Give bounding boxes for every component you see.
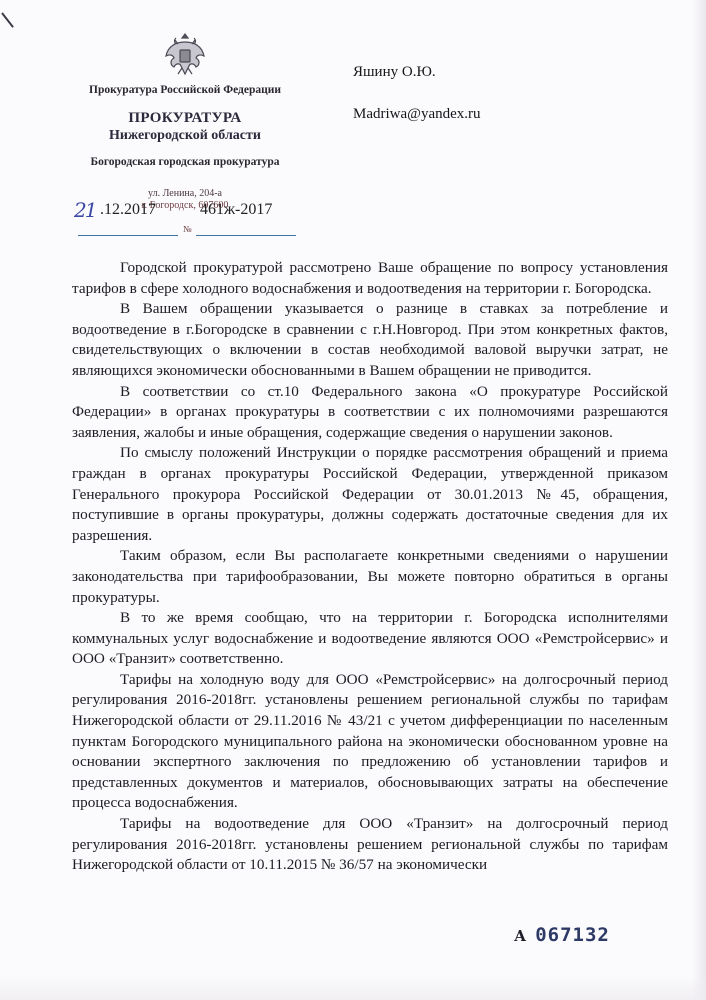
serial-digits: 067132 [535, 924, 610, 946]
paragraph: Таким образом, если Вы располагаете конк… [72, 546, 668, 608]
addressee-email: Madriwa@yandex.ru [353, 106, 481, 123]
page-bottom-shade [0, 976, 706, 1000]
date-underline [78, 235, 178, 236]
region-name: Нижегородской области [60, 128, 310, 144]
registration-number: 461ж-2017 [200, 201, 272, 219]
federation-line: Прокуратура Российской Федерации [60, 84, 310, 96]
department-name: Богородская городская прокуратура [60, 156, 310, 168]
paragraph: Тарифы на холодную воду для ООО «Ремстро… [72, 670, 668, 814]
number-sign: № [183, 224, 192, 234]
pen-mark [1, 12, 14, 27]
letter-body: Городской прокуратурой рассмотрено Ваше … [72, 258, 668, 876]
address-street: ул. Ленина, 204-а [60, 188, 310, 199]
prosecutor-title: ПРОКУРАТУРА [60, 110, 310, 127]
handwritten-day: 21 [74, 198, 95, 222]
paragraph: Городской прокуратурой рассмотрено Ваше … [72, 258, 668, 299]
serial-number: А067132 [514, 924, 610, 946]
paragraph: Тарифы на водоотведение для ООО «Транзит… [72, 814, 668, 876]
serial-letter: А [514, 927, 527, 945]
paragraph: В Вашем обращении указывается о разнице … [72, 299, 668, 381]
addressee-name: Яшину О.Ю. [353, 64, 481, 81]
paragraph: В соответствии со ст.10 Федерального зак… [72, 382, 668, 444]
address-city: г. Богородск, 607600 [60, 200, 310, 211]
russian-coat-of-arms-icon [162, 30, 208, 78]
registration-date: .12.2017 [100, 201, 156, 219]
letterhead: Прокуратура Российской Федерации ПРОКУРА… [60, 30, 310, 168]
number-underline [196, 235, 296, 236]
addressee-block: Яшину О.Ю. Madriwa@yandex.ru [353, 64, 481, 123]
letter-page: Прокуратура Российской Федерации ПРОКУРА… [0, 0, 706, 1000]
paragraph: По смыслу положений Инструкции о порядке… [72, 443, 668, 546]
page-edge-shadow [692, 0, 706, 1000]
paragraph: В то же время сообщаю, что на территории… [72, 608, 668, 670]
